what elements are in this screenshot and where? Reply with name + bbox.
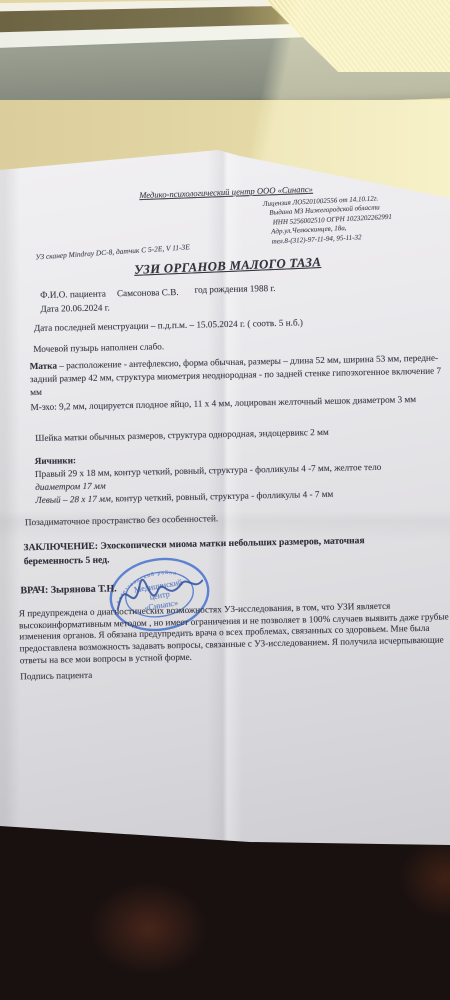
bladder-line: Мочевой пузырь наполнен слабо. [33,341,164,354]
cervix-line: Шейка матки обычных размеров, структура … [35,427,329,443]
retrouterine-line: Позадиматочное пространство без особенно… [25,513,218,527]
patient-label: Ф.И.О. пациента [40,289,106,300]
uterus-text: – расположение - антефлексио, форма обыч… [30,353,441,398]
clinic-name-text: Медико-психологический центр ООО «Синапс… [139,184,313,200]
left-ovary-desc: контур четкий, ровный, структура - фолли… [115,489,333,504]
exam-date: Дата 20.06.2024 г. [40,302,109,313]
uterus-paragraph: Матка – расположение - антефлексио, форм… [30,351,445,399]
patient-name: Самсонова С.В. [117,287,179,298]
scanner-info: УЗ сканер Mindray DC-8, датчик С 5-2Е, V… [35,242,190,261]
uterus-label: Матка [30,361,58,372]
ovaries-label: Яичники: [35,455,77,466]
right-ovary-desc: контур четкий, ровный, структура - фолли… [114,462,381,478]
doctor-line: ВРАЧ: Зырянова Т.Н. [20,583,117,596]
license-block: Лицензия ЛО5201002556 от 14.10.12г. Выда… [263,194,393,247]
conclusion-label: ЗАКЛЮЧЕНИЕ: [23,541,100,554]
patient-signature-label: Подпись пациента [20,670,92,682]
last-menses-line: Дата последней менструации – п.д.п.м. – … [34,317,303,333]
consent-paragraph: Я предупреждена о диагностических возмож… [19,599,450,667]
patient-line: Ф.И.О. пациентаСамсонова С.В.год рождени… [40,285,276,300]
right-ovary-size: Правый 29 х 18 мм, [35,467,114,479]
patient-birth-year: год рождения 1988 г. [194,282,275,294]
photo-of-document: Медико-психологический центр ООО «Синапс… [0,0,450,1000]
right-ovary-corpus-luteum: диаметром 17 мм [35,480,106,491]
left-ovary-size: Левый – 28 х 17 мм, [35,493,115,505]
document-page: Медико-психологический центр ООО «Синапс… [0,140,450,852]
report-title-text: УЗИ ОРГАНОВ МАЛОГО ТАЗА [134,255,322,277]
document-content: Медико-психологический центр ООО «Синапс… [0,135,450,856]
